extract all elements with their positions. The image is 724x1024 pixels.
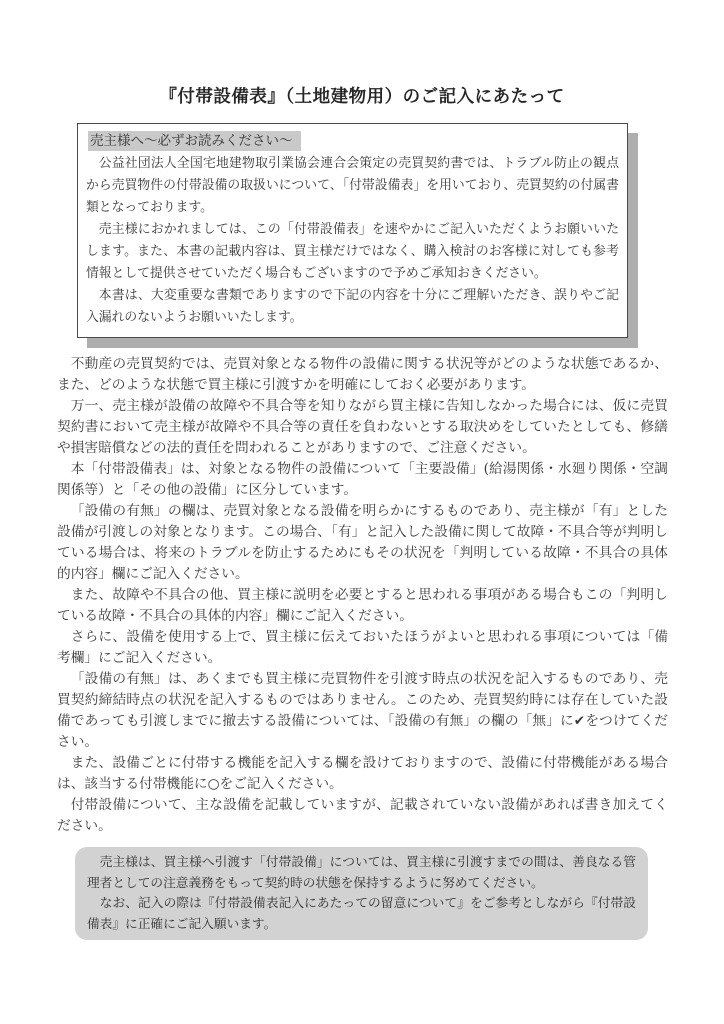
seller-notice-box: 売主様へ～必ずお読みください～ 公益社団法人全国宅地建物取引業協会連合会策定の売… bbox=[77, 123, 628, 338]
body-paragraph: 不動産の売買契約では、売買対象となる物件の設備に関する状況等がどのような状態であ… bbox=[57, 354, 668, 396]
notice-heading: 売主様へ～必ずお読みください～ bbox=[88, 131, 301, 151]
body-paragraph: 本「付帯設備表」は、対象となる物件の設備について「主要設備」(給湯関係・水廻り関… bbox=[57, 459, 668, 501]
notice-paragraph: 公益社団法人全国宅地建物取引業協会連合会策定の売買契約書では、トラブル防止の観点… bbox=[86, 153, 619, 219]
notice-heading-row: 売主様へ～必ずお読みください～ bbox=[86, 131, 619, 153]
document-body-text: 不動産の売買契約では、売買対象となる物件の設備に関する状況等がどのような状態であ… bbox=[57, 354, 668, 837]
body-paragraph: また、設備ごとに付帯する機能を記入する欄を設けておりますので、設備に付帯機能があ… bbox=[57, 753, 668, 795]
body-paragraph: 付帯設備について、主な設備を記載していますが、記載されていない設備があれば書き加… bbox=[57, 795, 668, 837]
body-paragraph: さらに、設備を使用する上で、買主様に伝えておいたほうがよいと思われる事項について… bbox=[57, 627, 668, 669]
footer-paragraph: なお、記入の際は『付帯設備表記入にあたっての留意について』をご参考としながら『付… bbox=[87, 893, 636, 934]
footer-note-box: 売主様は、買主様へ引渡す「付帯設備」については、買主様に引渡すまでの間は、善良な… bbox=[75, 847, 648, 940]
notice-paragraph: 売主様におかれましては、この「付帯設備表」を速やかにご記入いただくようお願いいた… bbox=[86, 219, 619, 285]
footer-paragraph: 売主様は、買主様へ引渡す「付帯設備」については、買主様に引渡すまでの間は、善良な… bbox=[87, 852, 636, 893]
body-paragraph: 「設備の有無」の欄は、売買対象となる設備を明らかにするものであり、売主様が「有」… bbox=[57, 501, 668, 585]
notice-paragraph: 本書は、大変重要な書類でありますので下記の内容を十分にご理解いただき、誤りやご記… bbox=[86, 285, 619, 329]
page-title: 『付帯設備表』（土地建物用）のご記入にあたって bbox=[0, 83, 724, 108]
body-paragraph: 「設備の有無」は、あくまでも買主様に売買物件を引渡す時点の状況を記入するものであ… bbox=[57, 669, 668, 753]
document-page: 『付帯設備表』（土地建物用）のご記入にあたって 売主様へ～必ずお読みください～ … bbox=[0, 0, 724, 1024]
body-paragraph: 万一、売主様が設備の故障や不具合等を知りながら買主様に告知しなかった場合には、仮… bbox=[57, 396, 668, 459]
body-paragraph: また、故障や不具合の他、買主様に説明を必要とすると思われる事項がある場合もこの「… bbox=[57, 585, 668, 627]
